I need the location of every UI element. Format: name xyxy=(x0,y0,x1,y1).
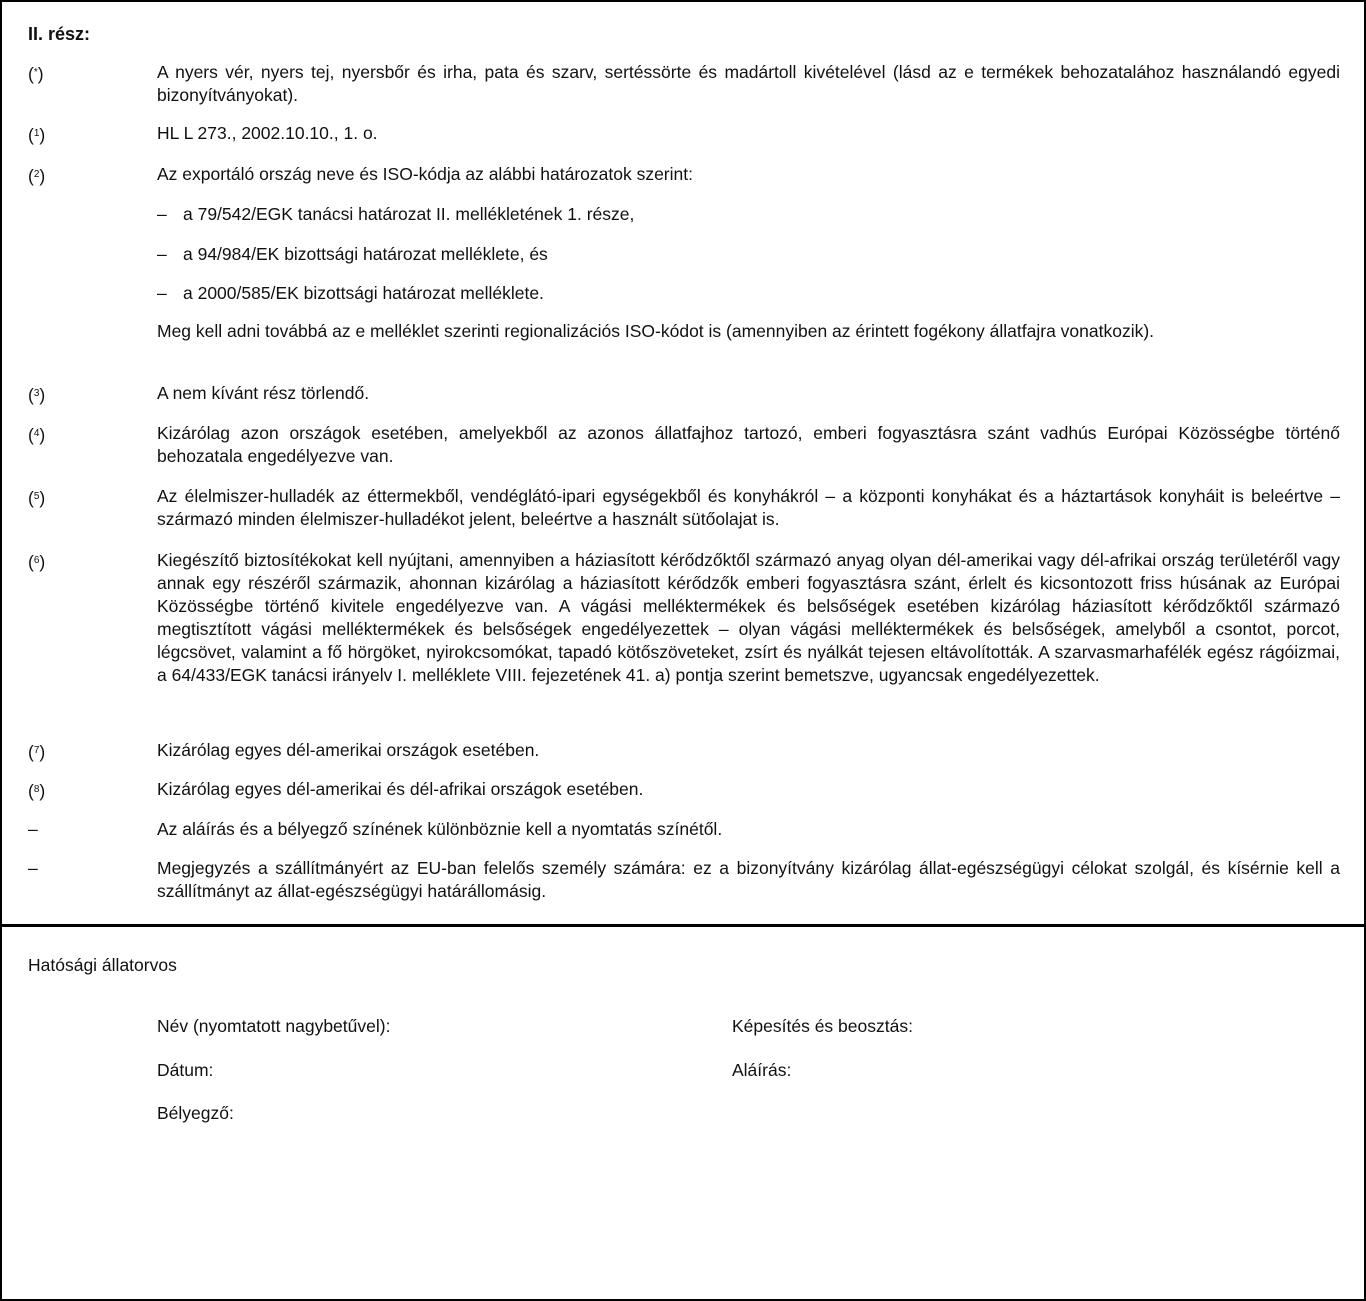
note-2-bullet: –a 2000/585/EK bizottsági határozat mell… xyxy=(157,282,544,305)
note-marker: (1) xyxy=(28,122,45,147)
note-text: Kizárólag egyes dél-amerikai és dél-afri… xyxy=(157,778,1340,801)
note-consignment: – Megjegyzés a szállítmányért az EU-ban … xyxy=(28,857,1340,903)
note-8: (8) Kizárólag egyes dél-amerikai és dél-… xyxy=(28,778,1340,801)
note-3: (3) A nem kívánt rész törlendő. xyxy=(28,382,1340,405)
note-marker: (6) xyxy=(28,549,45,574)
note-6: (6) Kiegészítő biztosítékokat kell nyújt… xyxy=(28,549,1340,687)
section-title: II. rész: xyxy=(28,24,90,45)
note-star: (*) A nyers vér, nyers tej, nyersbőr és … xyxy=(28,61,1340,107)
note-marker: – xyxy=(28,857,38,880)
note-text: Kizárólag egyes dél-amerikai országok es… xyxy=(157,739,1340,762)
note-7: (7) Kizárólag egyes dél-amerikai országo… xyxy=(28,739,1340,762)
note-marker: (5) xyxy=(28,485,45,510)
signature-section: Hatósági állatorvos Név (nyomtatott nagy… xyxy=(2,930,1364,1299)
note-marker: (2) xyxy=(28,163,45,188)
note-marker: (8) xyxy=(28,778,45,803)
note-2: (2) Az exportáló ország neve és ISO-kódj… xyxy=(28,163,1340,186)
stamp-field-label: Bélyegző: xyxy=(157,1103,234,1124)
qualification-field-label: Képesítés és beosztás: xyxy=(732,1016,913,1037)
note-text: Kiegészítő biztosítékokat kell nyújtani,… xyxy=(157,549,1340,687)
note-text: Az élelmiszer-hulladék az éttermekből, v… xyxy=(157,485,1340,531)
note-marker: (4) xyxy=(28,422,45,447)
notes-section: II. rész: (*) A nyers vér, nyers tej, ny… xyxy=(2,2,1364,927)
note-text: Az aláírás és a bélyegző színének különb… xyxy=(157,818,1340,841)
note-marker: – xyxy=(28,818,38,841)
note-2-paragraph: Meg kell adni továbbá az e melléklet sze… xyxy=(157,320,1340,343)
note-1: (1) HL L 273., 2002.10.10., 1. o. xyxy=(28,122,1340,145)
note-marker: (7) xyxy=(28,739,45,764)
note-text: A nem kívánt rész törlendő. xyxy=(157,382,1340,405)
note-text: Megjegyzés a szállítmányért az EU-ban fe… xyxy=(157,857,1340,903)
note-marker: (3) xyxy=(28,382,45,407)
certificate-frame: II. rész: (*) A nyers vér, nyers tej, ny… xyxy=(0,0,1366,1301)
note-2-bullet: –a 79/542/EGK tanácsi határozat II. mell… xyxy=(157,203,634,226)
official-vet-title: Hatósági állatorvos xyxy=(28,955,177,976)
note-signature-color: – Az aláírás és a bélyegző színének külö… xyxy=(28,818,1340,841)
note-text: A nyers vér, nyers tej, nyersbőr és irha… xyxy=(157,61,1340,107)
note-4: (4) Kizárólag azon országok esetében, am… xyxy=(28,422,1340,468)
note-5: (5) Az élelmiszer-hulladék az éttermekbő… xyxy=(28,485,1340,531)
note-text: Kizárólag azon országok esetében, amelye… xyxy=(157,422,1340,468)
note-2-bullet: –a 94/984/EK bizottsági határozat mellék… xyxy=(157,243,548,266)
note-text: Az exportáló ország neve és ISO-kódja az… xyxy=(157,163,1340,186)
name-field-label: Név (nyomtatott nagybetűvel): xyxy=(157,1016,390,1037)
note-marker: (*) xyxy=(28,61,44,86)
date-field-label: Dátum: xyxy=(157,1060,213,1081)
signature-field-label: Aláírás: xyxy=(732,1060,791,1081)
note-text: HL L 273., 2002.10.10., 1. o. xyxy=(157,122,1340,145)
